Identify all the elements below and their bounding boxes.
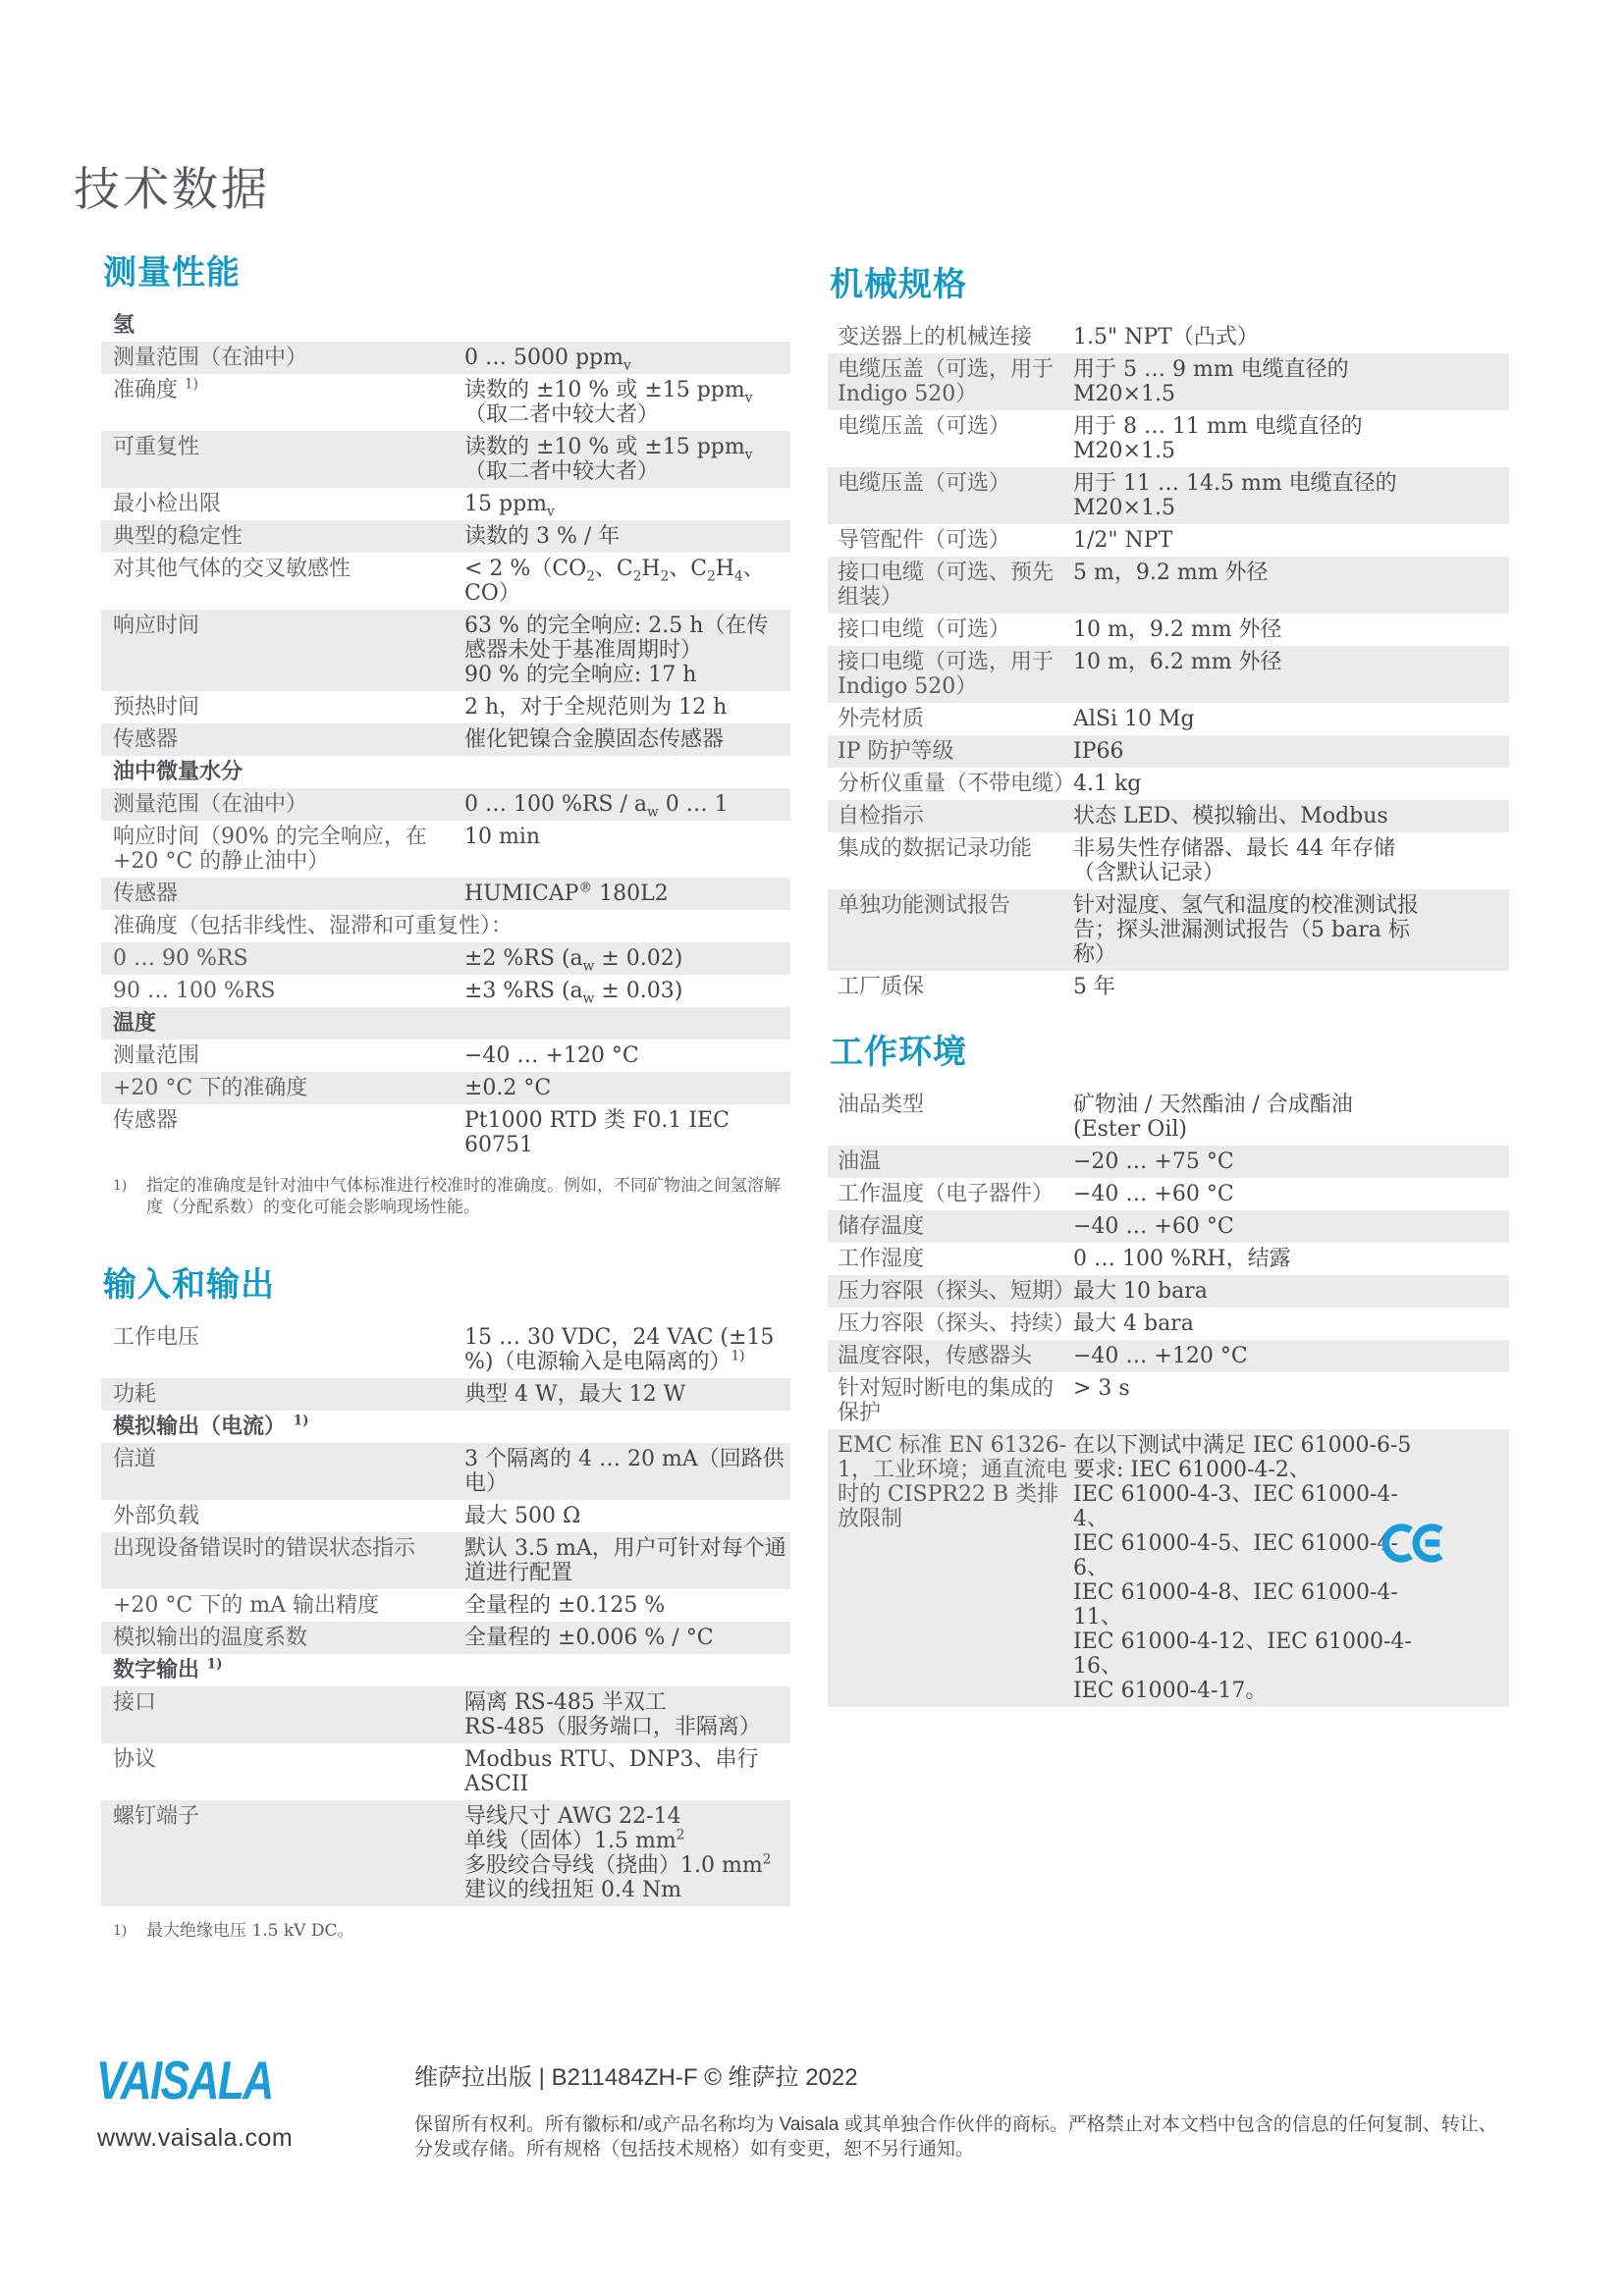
- spec-row: 响应时间63 % 的完全响应: 2.5 h（在传感器未处于基准周期时）90 % …: [101, 610, 790, 691]
- spec-label: 工作电压: [101, 1325, 464, 1350]
- spec-row: 测量范围−40 … +120 °C: [101, 1040, 790, 1072]
- spec-label: 集成的数据记录功能: [828, 836, 1073, 861]
- spec-value: 最大 500 Ω: [464, 1504, 790, 1528]
- spec-row: 准确度（包括非线性、湿滞和可重复性）：: [101, 910, 790, 942]
- subhead-label: 油中微量水分: [101, 760, 790, 784]
- spec-value: 最大 4 bara: [1073, 1311, 1509, 1336]
- spec-label: 压力容限（探头、持续）: [828, 1311, 1073, 1336]
- spec-row: 压力容限（探头、短期）最大 10 bara: [828, 1275, 1509, 1308]
- spec-row: 传感器Pt1000 RTD 类 F0.1 IEC 60751: [101, 1104, 790, 1161]
- spec-label: 准确度 1): [101, 378, 464, 402]
- spec-row: 90 … 100 %RS±3 %RS (aw ± 0.03): [101, 975, 790, 1007]
- spec-label: 测量范围（在油中）: [101, 346, 464, 370]
- spec-row: EMC 标准 EN 61326-1，工业环境；通直流电时的 CISPR22 B …: [828, 1429, 1509, 1707]
- spec-value: 15 … 30 VDC，24 VAC (±15 %)（电源输入是电隔离的）1): [464, 1325, 790, 1374]
- spec-row: 可重复性读数的 ±10 % 或 ±15 ppmv（取二者中较大者）: [101, 431, 790, 488]
- spec-label: 典型的稳定性: [101, 524, 464, 549]
- spec-label: 最小检出限: [101, 492, 464, 516]
- spec-row: 测量范围（在油中）0 … 100 %RS / aw 0 … 1: [101, 788, 790, 821]
- footnote: 1)指定的准确度是针对油中气体标准进行校准时的准确度。例如，不同矿物油之间氢溶解…: [101, 1175, 790, 1218]
- spec-value: 隔离 RS-485 半双工RS-485（服务端口，非隔离）: [464, 1690, 790, 1739]
- section-title: 工作环境: [830, 1025, 1509, 1073]
- spec-label: 接口: [101, 1690, 464, 1715]
- spec-value: 4.1 kg: [1073, 772, 1509, 796]
- spec-value: 63 % 的完全响应: 2.5 h（在传感器未处于基准周期时）90 % 的完全响…: [464, 614, 790, 687]
- subhead-row: 温度: [101, 1007, 790, 1040]
- publication-line: 维萨拉出版 | B211484ZH-F © 维萨拉 2022: [414, 2057, 858, 2092]
- spec-value: 矿物油 / 天然酯油 / 合成酯油 (Ester Oil): [1073, 1093, 1509, 1142]
- left-column: 测量性能氢测量范围（在油中）0 … 5000 ppmv准确度 1)读数的 ±10…: [101, 245, 790, 1942]
- subhead-label: 模拟输出（电流） 1): [101, 1415, 790, 1439]
- spec-label: 90 … 100 %RS: [101, 979, 464, 1003]
- spec-table: 油品类型矿物油 / 天然酯油 / 合成酯油 (Ester Oil)油温−20 ……: [828, 1089, 1509, 1707]
- spec-row: 单独功能测试报告针对湿度、氢气和温度的校准测试报告；探头泄漏测试报告（5 bar…: [828, 889, 1509, 971]
- website-link[interactable]: www.vaisala.com: [97, 2124, 293, 2153]
- spec-value: 读数的 ±10 % 或 ±15 ppmv（取二者中较大者）: [464, 435, 790, 484]
- legal-text: 保留所有权利。所有徽标和/或产品名称均为 Vaisala 或其单独合作伙伴的商标…: [414, 2112, 1514, 2162]
- spec-label: 分析仪重量（不带电缆）: [828, 772, 1073, 796]
- spec-row: 对其他气体的交叉敏感性< 2 %（CO2、C2H2、C2H4、CO）: [101, 553, 790, 610]
- spec-value: IP66: [1073, 739, 1509, 764]
- spec-row: 接口隔离 RS-485 半双工RS-485（服务端口，非隔离）: [101, 1686, 790, 1743]
- spec-label: 电缆压盖（可选）: [828, 471, 1073, 496]
- spec-row: 工作温度（电子器件）−40 … +60 °C: [828, 1178, 1509, 1210]
- spec-value: −40 … +120 °C: [1073, 1344, 1509, 1368]
- spec-label: 0 … 90 %RS: [101, 946, 464, 971]
- spec-label: 对其他气体的交叉敏感性: [101, 557, 464, 581]
- datasheet-page: 技术数据 测量性能氢测量范围（在油中）0 … 5000 ppmv准确度 1)读数…: [0, 0, 1624, 2296]
- spec-label: 接口电缆（可选、预先组装）: [828, 561, 1073, 610]
- spec-value: −40 … +60 °C: [1073, 1214, 1509, 1239]
- spec-value: 用于 11 … 14.5 mm 电缆直径的 M20×1.5: [1073, 471, 1509, 520]
- spec-label: 接口电缆（可选，用于 Indigo 520）: [828, 650, 1073, 699]
- spec-label: 协议: [101, 1747, 464, 1772]
- spec-label: 导管配件（可选）: [828, 528, 1073, 553]
- spec-label: 出现设备错误时的错误状态指示: [101, 1536, 464, 1561]
- spec-row: 预热时间2 h，对于全规范则为 12 h: [101, 691, 790, 723]
- spec-value: Pt1000 RTD 类 F0.1 IEC 60751: [464, 1108, 790, 1157]
- spec-value: AlSi 10 Mg: [1073, 707, 1509, 731]
- spec-row: 测量范围（在油中）0 … 5000 ppmv: [101, 342, 790, 374]
- spec-label: 预热时间: [101, 695, 464, 720]
- section-title: 测量性能: [103, 245, 790, 294]
- spec-value: 0 … 100 %RS / aw 0 … 1: [464, 792, 790, 817]
- spec-row: 导管配件（可选）1/2" NPT: [828, 524, 1509, 557]
- spec-value: 15 ppmv: [464, 492, 790, 516]
- subhead-row: 油中微量水分: [101, 756, 790, 788]
- spec-row: 外部负载最大 500 Ω: [101, 1500, 790, 1532]
- vaisala-logo: VAISALA: [96, 2050, 225, 2111]
- spec-value: 典型 4 W，最大 12 W: [464, 1382, 790, 1407]
- subhead-row: 数字输出 1): [101, 1654, 790, 1686]
- spec-value: 10 m，9.2 mm 外径: [1073, 617, 1509, 642]
- spec-value: 导线尺寸 AWG 22-14单线（固体）1.5 mm2多股绞合导线（挠曲）1.0…: [464, 1804, 790, 1902]
- spec-row: 出现设备错误时的错误状态指示默认 3.5 mA，用户可针对每个通道进行配置: [101, 1532, 790, 1589]
- spec-row: 功耗典型 4 W，最大 12 W: [101, 1378, 790, 1411]
- subhead-label: 温度: [101, 1011, 790, 1036]
- section-measurement-performance: 测量性能氢测量范围（在油中）0 … 5000 ppmv准确度 1)读数的 ±10…: [101, 245, 790, 1218]
- spec-value: 催化钯镍合金膜固态传感器: [464, 727, 790, 752]
- subhead-row: 氢: [101, 309, 790, 342]
- spec-value: 全量程的 ±0.006 % / °C: [464, 1626, 790, 1650]
- subhead-row: 模拟输出（电流） 1): [101, 1411, 790, 1443]
- spec-label: 工作温度（电子器件）: [828, 1182, 1073, 1206]
- spec-label: 外壳材质: [828, 707, 1073, 731]
- spec-row: 0 … 90 %RS±2 %RS (aw ± 0.02): [101, 942, 790, 975]
- footnote-text: 指定的准确度是针对油中气体标准进行校准时的准确度。例如，不同矿物油之间氢溶解度（…: [146, 1175, 790, 1218]
- spec-row: 响应时间（90% 的完全响应，在 +20 °C 的静止油中）10 min: [101, 821, 790, 878]
- spec-value: 非易失性存储器、最长 44 年存储（含默认记录）: [1073, 836, 1509, 885]
- spec-row: +20 °C 下的准确度±0.2 °C: [101, 1072, 790, 1104]
- spec-label: 工厂质保: [828, 975, 1073, 999]
- spec-value: 3 个隔离的 4 … 20 mA（回路供电）: [464, 1447, 790, 1496]
- spec-value: 2 h，对于全规范则为 12 h: [464, 695, 790, 720]
- spec-value: > 3 s: [1073, 1376, 1509, 1401]
- spec-label: 测量范围（在油中）: [101, 792, 464, 817]
- spec-row: 工厂质保5 年: [828, 971, 1509, 1003]
- spec-value: 读数的 ±10 % 或 ±15 ppmv（取二者中较大者）: [464, 378, 790, 427]
- spec-row: 接口电缆（可选，用于 Indigo 520）10 m，6.2 mm 外径: [828, 646, 1509, 703]
- spec-row: 分析仪重量（不带电缆）4.1 kg: [828, 768, 1509, 800]
- spec-row: 自检指示状态 LED、模拟输出、Modbus: [828, 800, 1509, 832]
- spec-value: −40 … +120 °C: [464, 1043, 790, 1068]
- spec-row: 温度容限，传感器头−40 … +120 °C: [828, 1340, 1509, 1372]
- footnote-text: 最大绝缘电压 1.5 kV DC。: [146, 1920, 790, 1942]
- spec-row: 协议Modbus RTU、DNP3、串行 ASCII: [101, 1743, 790, 1800]
- spec-value: ±3 %RS (aw ± 0.03): [464, 979, 790, 1003]
- spec-label: 油温: [828, 1149, 1073, 1174]
- spec-row: 传感器HUMICAP® 180L2: [101, 878, 790, 910]
- spec-label: 工作湿度: [828, 1247, 1073, 1271]
- spec-value: ±2 %RS (aw ± 0.02): [464, 946, 790, 971]
- spec-value: 5 年: [1073, 975, 1509, 999]
- spec-value: HUMICAP® 180L2: [464, 881, 790, 906]
- spec-label: 传感器: [101, 881, 464, 906]
- footnote-marker: 1): [113, 1175, 146, 1218]
- spec-value: 用于 5 … 9 mm 电缆直径的 M20×1.5: [1073, 357, 1509, 406]
- spec-row: 电缆压盖（可选，用于 Indigo 520）用于 5 … 9 mm 电缆直径的 …: [828, 353, 1509, 410]
- spec-row: +20 °C 下的 mA 输出精度全量程的 ±0.125 %: [101, 1589, 790, 1622]
- spec-row: 变送器上的机械连接1.5" NPT（凸式）: [828, 321, 1509, 353]
- spec-row: 油品类型矿物油 / 天然酯油 / 合成酯油 (Ester Oil): [828, 1089, 1509, 1146]
- footnote-marker: 1): [113, 1920, 146, 1942]
- spec-label: 信道: [101, 1447, 464, 1471]
- spec-row: 典型的稳定性读数的 3 % / 年: [101, 520, 790, 553]
- spec-value: 最大 10 bara: [1073, 1279, 1509, 1304]
- spec-label: 传感器: [101, 1108, 464, 1133]
- spec-row: 传感器催化钯镍合金膜固态传感器: [101, 723, 790, 756]
- spec-label: 自检指示: [828, 804, 1073, 828]
- spec-row: 准确度 1)读数的 ±10 % 或 ±15 ppmv（取二者中较大者）: [101, 374, 790, 431]
- spec-row: 外壳材质AlSi 10 Mg: [828, 703, 1509, 735]
- spec-value: < 2 %（CO2、C2H2、C2H4、CO）: [464, 557, 790, 606]
- section-title: 输入和输出: [103, 1257, 790, 1306]
- spec-value: 状态 LED、模拟输出、Modbus: [1073, 804, 1509, 828]
- section-mechanical: 机械规格变送器上的机械连接1.5" NPT（凸式）电缆压盖（可选，用于 Indi…: [828, 257, 1509, 1003]
- spec-row: 集成的数据记录功能非易失性存储器、最长 44 年存储（含默认记录）: [828, 832, 1509, 889]
- spec-table: 工作电压15 … 30 VDC，24 VAC (±15 %)（电源输入是电隔离的…: [101, 1321, 790, 1906]
- spec-row: 电缆压盖（可选）用于 8 … 11 mm 电缆直径的 M20×1.5: [828, 410, 1509, 467]
- ce-mark-icon: [1380, 1521, 1443, 1566]
- spec-row: 接口电缆（可选）10 m，9.2 mm 外径: [828, 614, 1509, 646]
- spec-label: 针对短时断电的集成的保护: [828, 1376, 1073, 1425]
- spec-row: 最小检出限15 ppmv: [101, 488, 790, 520]
- spec-value: 10 min: [464, 825, 790, 849]
- spec-label: 压力容限（探头、短期）: [828, 1279, 1073, 1304]
- spec-value: 0 … 100 %RH，结露: [1073, 1247, 1509, 1271]
- spec-row: 针对短时断电的集成的保护> 3 s: [828, 1372, 1509, 1429]
- spec-row: 油温−20 … +75 °C: [828, 1146, 1509, 1178]
- section-operating-environment: 工作环境油品类型矿物油 / 天然酯油 / 合成酯油 (Ester Oil)油温−…: [828, 1025, 1509, 1707]
- spec-row: 储存温度−40 … +60 °C: [828, 1210, 1509, 1243]
- spec-value: 默认 3.5 mA，用户可针对每个通道进行配置: [464, 1536, 790, 1585]
- spec-label: 可重复性: [101, 435, 464, 459]
- spec-value: 读数的 3 % / 年: [464, 524, 790, 549]
- spec-value: 10 m，6.2 mm 外径: [1073, 650, 1509, 674]
- spec-value: 全量程的 ±0.125 %: [464, 1593, 790, 1618]
- spec-value: ±0.2 °C: [464, 1076, 790, 1100]
- spec-value: −20 … +75 °C: [1073, 1149, 1509, 1174]
- spec-table: 变送器上的机械连接1.5" NPT（凸式）电缆压盖（可选，用于 Indigo 5…: [828, 321, 1509, 1003]
- spec-label: 油品类型: [828, 1093, 1073, 1117]
- spec-label: 电缆压盖（可选，用于 Indigo 520）: [828, 357, 1073, 406]
- spec-label: 模拟输出的温度系数: [101, 1626, 464, 1650]
- spec-label: 响应时间（90% 的完全响应，在 +20 °C 的静止油中）: [101, 825, 464, 874]
- spec-label: 功耗: [101, 1382, 464, 1407]
- spec-label: IP 防护等级: [828, 739, 1073, 764]
- spec-label: 储存温度: [828, 1214, 1073, 1239]
- page-title: 技术数据: [74, 153, 270, 219]
- spec-row: 接口电缆（可选、预先组装）5 m，9.2 mm 外径: [828, 557, 1509, 614]
- spec-row: 信道3 个隔离的 4 … 20 mA（回路供电）: [101, 1443, 790, 1500]
- spec-label: 外部负载: [101, 1504, 464, 1528]
- spec-value: −40 … +60 °C: [1073, 1182, 1509, 1206]
- spec-row: 电缆压盖（可选）用于 11 … 14.5 mm 电缆直径的 M20×1.5: [828, 467, 1509, 524]
- spec-label: 螺钉端子: [101, 1804, 464, 1829]
- spec-label: 测量范围: [101, 1043, 464, 1068]
- spec-table: 氢测量范围（在油中）0 … 5000 ppmv准确度 1)读数的 ±10 % 或…: [101, 309, 790, 1161]
- spec-label: +20 °C 下的 mA 输出精度: [101, 1593, 464, 1618]
- spec-label: 接口电缆（可选）: [828, 617, 1073, 642]
- spec-value: 0 … 5000 ppmv: [464, 346, 790, 370]
- right-column: 机械规格变送器上的机械连接1.5" NPT（凸式）电缆压盖（可选，用于 Indi…: [828, 257, 1509, 1707]
- spec-label: 单独功能测试报告: [828, 893, 1073, 918]
- spec-value: 1/2" NPT: [1073, 528, 1509, 553]
- spec-value: Modbus RTU、DNP3、串行 ASCII: [464, 1747, 790, 1796]
- footnote: 1)最大绝缘电压 1.5 kV DC。: [101, 1920, 790, 1942]
- section-inputs-outputs: 输入和输出工作电压15 … 30 VDC，24 VAC (±15 %)（电源输入…: [101, 1257, 790, 1942]
- spec-row: IP 防护等级IP66: [828, 735, 1509, 768]
- spec-label: 温度容限，传感器头: [828, 1344, 1073, 1368]
- spec-label: 传感器: [101, 727, 464, 752]
- spec-label: 准确度（包括非线性、湿滞和可重复性）：: [101, 914, 790, 938]
- spec-value: 在以下测试中满足 IEC 61000-6-5 要求: IEC 61000-4-2…: [1073, 1433, 1509, 1703]
- subhead-label: 氢: [101, 313, 790, 338]
- spec-label: +20 °C 下的准确度: [101, 1076, 464, 1100]
- spec-label: EMC 标准 EN 61326-1，工业环境；通直流电时的 CISPR22 B …: [828, 1433, 1073, 1531]
- spec-row: 工作湿度0 … 100 %RH，结露: [828, 1243, 1509, 1275]
- spec-label: 电缆压盖（可选）: [828, 414, 1073, 439]
- spec-row: 压力容限（探头、持续）最大 4 bara: [828, 1308, 1509, 1340]
- spec-row: 模拟输出的温度系数全量程的 ±0.006 % / °C: [101, 1622, 790, 1654]
- spec-value: 用于 8 … 11 mm 电缆直径的 M20×1.5: [1073, 414, 1509, 463]
- spec-value: 1.5" NPT（凸式）: [1073, 325, 1509, 349]
- spec-value: 针对湿度、氢气和温度的校准测试报告；探头泄漏测试报告（5 bara 标称）: [1073, 893, 1509, 967]
- spec-value: 5 m，9.2 mm 外径: [1073, 561, 1509, 585]
- spec-row: 工作电压15 … 30 VDC，24 VAC (±15 %)（电源输入是电隔离的…: [101, 1321, 790, 1378]
- subhead-label: 数字输出 1): [101, 1658, 790, 1682]
- spec-label: 变送器上的机械连接: [828, 325, 1073, 349]
- spec-label: 响应时间: [101, 614, 464, 638]
- spec-row: 螺钉端子导线尺寸 AWG 22-14单线（固体）1.5 mm2多股绞合导线（挠曲…: [101, 1800, 790, 1906]
- section-title: 机械规格: [830, 257, 1509, 305]
